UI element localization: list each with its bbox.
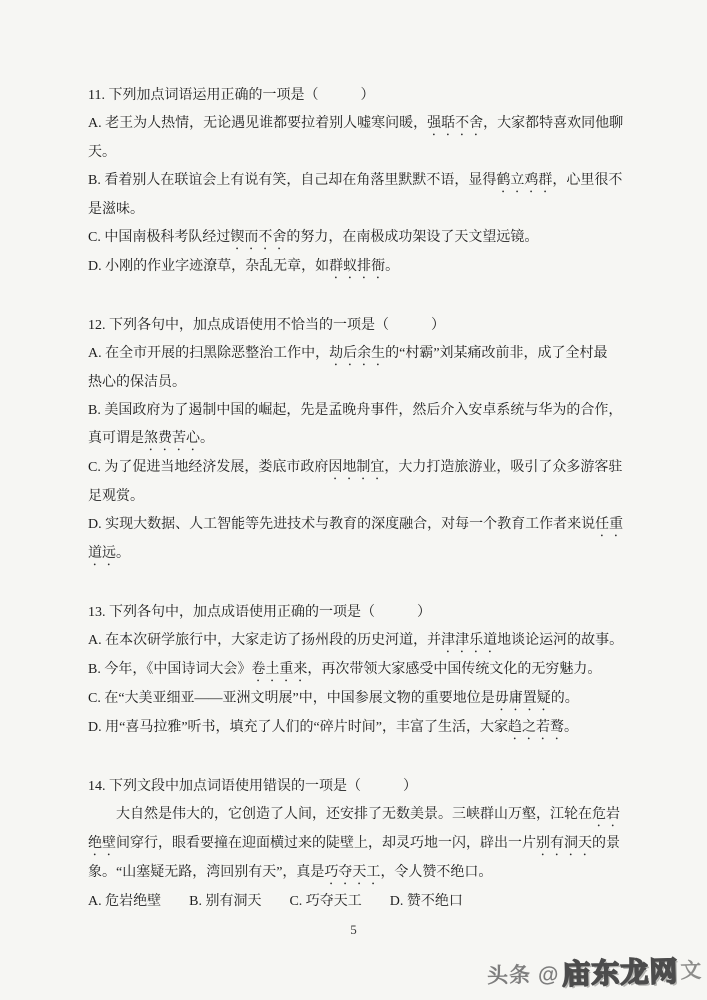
watermark-outlined-text: 庙东龙网 [561, 950, 678, 993]
text-line: B. 美国政府为了遏制中国的崛起，先是孟晚舟事件，然后介入安卓系统与华为的合作， [88, 397, 651, 425]
question-12-title: 12. 下列各句中，加点成语使用不恰当的一项是（ ） [88, 312, 651, 340]
emphasized-word: 鹤立鸡群 [496, 173, 552, 188]
page-number: 5 [0, 922, 707, 938]
text-line: B. 今年，《中国诗词大会》卷土重来，再次带领大家感受中国传统文化的无穷魅力。 [88, 656, 651, 685]
text-line: 象。“山塞疑无路，湾回别有天”，真是巧夺天工，令人赞不绝口。 [88, 859, 651, 888]
text-line: 真可谓是煞费苦心。 [88, 425, 651, 454]
watermark-suffix: 文 [680, 954, 702, 985]
watermark: 头条 @ 庙东龙网 文 [486, 949, 701, 995]
text-line: C. 为了促进当地经济发展，娄底市政府因地制宜，大力打造旅游业，吸引了众多游客驻 [88, 454, 651, 483]
exam-page: 11. 下列加点词语运用正确的一项是（ ） A. 老王为人热情，无论遇见谁都要拉… [0, 0, 707, 1000]
emphasized-word: 任重 [595, 517, 623, 532]
emphasized-word: 趋之若鹜 [508, 720, 564, 735]
text-line: 是滋味。 [88, 196, 651, 224]
text-line: B. 看着别人在联谊会上有说有笑，自己却在角落里默默不语，显得鹤立鸡群，心里很不 [88, 167, 651, 196]
text-line: A. 危岩绝壁 B. 别有洞天 C. 巧夺天工 D. 赞不绝口 [88, 888, 651, 916]
question-11-title: 11. 下列加点词语运用正确的一项是（ ） [88, 82, 651, 110]
emphasized-word: 群蚁排衙 [329, 259, 385, 274]
question-13: 13. 下列各句中，加点成语使用正确的一项是（ ） A. 在本次研学旅行中，大家… [88, 599, 651, 743]
question-12-body: A. 在全市开展的扫黑除恶整治工作中，劫后余生的“村霸”刘某痛改前非，成了全村最… [88, 340, 651, 569]
watermark-prefix: 头条 @ [486, 958, 559, 990]
text-line: 绝壁间穿行，眼看要撞在迎面横过来的陡壁上，却灵巧地一闪，辟出一片别有洞天的景 [88, 830, 651, 859]
text-line: 道远。 [88, 540, 651, 569]
emphasized-word: 道远 [88, 546, 116, 561]
emphasized-word: 巧夺天工 [324, 865, 380, 880]
emphasized-word: 锲而不舍 [230, 230, 286, 245]
emphasized-word: 卷土重来 [251, 662, 307, 677]
text-line: C. 在“大美亚细亚——亚洲文明展”中，中国参展文物的重要地位是毋庸置疑的。 [88, 685, 651, 714]
emphasized-word: 危岩 [592, 807, 620, 822]
text-line: D. 实现大数据、人工智能等先进技术与教育的深度融合，对每一个教育工作者来说任重 [88, 511, 651, 540]
text-line: D. 小刚的作业字迹潦草，杂乱无章，如群蚁排衙。 [88, 253, 651, 282]
text-line: A. 在全市开展的扫黑除恶整治工作中，劫后余生的“村霸”刘某痛改前非，成了全村最 [88, 340, 651, 369]
text-line: C. 中国南极科考队经过锲而不舍的努力，在南极成功架设了天文望远镜。 [88, 224, 651, 253]
question-13-title: 13. 下列各句中，加点成语使用正确的一项是（ ） [88, 599, 651, 627]
question-11: 11. 下列加点词语运用正确的一项是（ ） A. 老王为人热情，无论遇见谁都要拉… [88, 82, 651, 282]
text-line: 足观赏。 [88, 483, 651, 511]
emphasized-word: 绝壁 [88, 836, 116, 851]
question-11-body: A. 老王为人热情，无论遇见谁都要拉着别人嘘寒问暖，强聒不舍，大家都特喜欢同他聊… [88, 110, 651, 282]
text-line: A. 在本次研学旅行中，大家走访了扬州段的历史河道，并津津乐道地谈论运河的故事。 [88, 627, 651, 656]
text-line: 天。 [88, 139, 651, 167]
question-14-body: 大自然是伟大的，它创造了人间，还安排了无数美景。三峡群山万壑，江轮在危岩绝壁间穿… [88, 801, 651, 916]
emphasized-word: 津津乐道 [441, 633, 497, 648]
question-14: 14. 下列文段中加点词语使用错误的一项是（ ） 大自然是伟大的，它创造了人间，… [88, 773, 651, 916]
question-12: 12. 下列各句中，加点成语使用不恰当的一项是（ ） A. 在全市开展的扫黑除恶… [88, 312, 651, 569]
text-line: 大自然是伟大的，它创造了人间，还安排了无数美景。三峡群山万壑，江轮在危岩 [88, 801, 651, 830]
emphasized-word: 强聒不舍 [427, 116, 483, 131]
emphasized-word: 毋庸置疑 [495, 691, 551, 706]
question-14-title: 14. 下列文段中加点词语使用错误的一项是（ ） [88, 773, 651, 801]
text-line: D. 用“喜马拉雅”听书，填充了人们的“碎片时间”，丰富了生活，大家趋之若鹜。 [88, 714, 651, 743]
emphasized-word: 因地制宜 [328, 460, 384, 475]
question-13-body: A. 在本次研学旅行中，大家走访了扬州段的历史河道，并津津乐道地谈论运河的故事。… [88, 627, 651, 743]
emphasized-word: 煞费苦心 [144, 431, 200, 446]
emphasized-word: 别有洞天 [536, 836, 592, 851]
emphasized-word: 劫后余生 [329, 346, 385, 361]
text-line: 热心的保洁员。 [88, 369, 651, 397]
text-line: A. 老王为人热情，无论遇见谁都要拉着别人嘘寒问暖，强聒不舍，大家都特喜欢同他聊 [88, 110, 651, 139]
